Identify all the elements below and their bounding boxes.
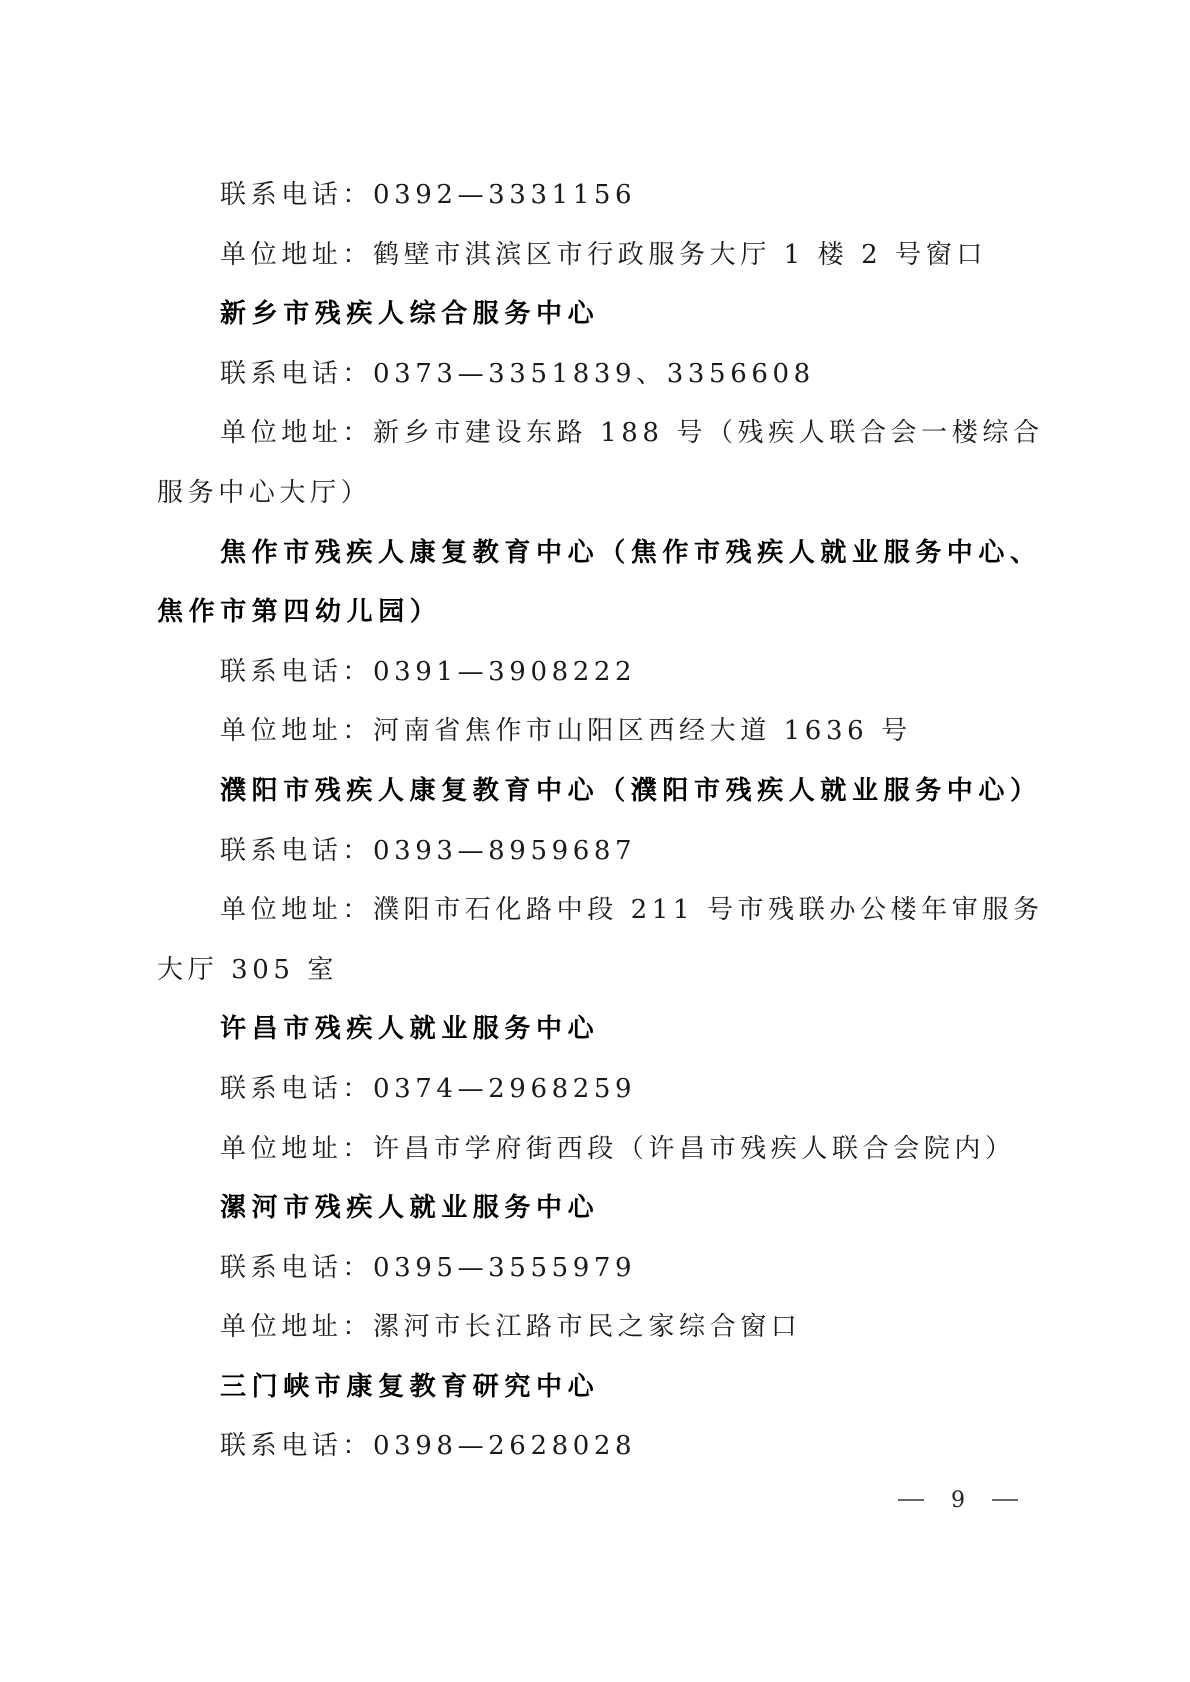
xuchang-org-heading: 许昌市残疾人就业服务中心 bbox=[157, 1000, 1041, 1060]
luohe-org-heading: 漯河市残疾人就业服务中心 bbox=[157, 1179, 1041, 1239]
xinxiang-address: 单位地址：新乡市建设东路 188 号（残疾人联合会一楼综合 bbox=[157, 404, 1041, 464]
puyang-org-heading: 濮阳市残疾人康复教育中心（濮阳市残疾人就业服务中心） bbox=[157, 762, 1041, 822]
puyang-address-continued: 大厅 305 室 bbox=[157, 941, 1041, 1001]
luohe-address: 单位地址：漯河市长江路市民之家综合窗口 bbox=[157, 1298, 1041, 1358]
jiaozuo-org-heading: 焦作市残疾人康复教育中心（焦作市残疾人就业服务中心、 bbox=[157, 524, 1041, 584]
hebi-phone: 联系电话：0392—3331156 bbox=[157, 166, 1041, 226]
jiaozuo-phone: 联系电话：0391—3908222 bbox=[157, 643, 1041, 703]
jiaozuo-org-heading-continued: 焦作市第四幼儿园） bbox=[157, 583, 1041, 643]
xuchang-address: 单位地址：许昌市学府街西段（许昌市残疾人联合会院内） bbox=[157, 1120, 1041, 1180]
xinxiang-address-continued: 服务中心大厅） bbox=[157, 464, 1041, 524]
hebi-address: 单位地址：鹤壁市淇滨区市行政服务大厅 1 楼 2 号窗口 bbox=[157, 226, 1041, 286]
xuchang-phone: 联系电话：0374—2968259 bbox=[157, 1060, 1041, 1120]
document-page: 联系电话：0392—3331156 单位地址：鹤壁市淇滨区市行政服务大厅 1 楼… bbox=[157, 166, 1041, 1477]
sanmenxia-phone: 联系电话：0398—2628028 bbox=[157, 1417, 1041, 1477]
page-number-value: 9 bbox=[951, 1488, 965, 1513]
xinxiang-org-heading: 新乡市残疾人综合服务中心 bbox=[157, 285, 1041, 345]
page-number-left-dash bbox=[898, 1499, 924, 1501]
jiaozuo-address: 单位地址：河南省焦作市山阳区西经大道 1636 号 bbox=[157, 702, 1041, 762]
luohe-phone: 联系电话：0395—3555979 bbox=[157, 1239, 1041, 1299]
puyang-phone: 联系电话：0393—8959687 bbox=[157, 822, 1041, 882]
sanmenxia-org-heading: 三门峡市康复教育研究中心 bbox=[157, 1358, 1041, 1418]
puyang-address: 单位地址：濮阳市石化路中段 211 号市残联办公楼年审服务 bbox=[157, 881, 1041, 941]
xinxiang-phone: 联系电话：0373—3351839、3356608 bbox=[157, 345, 1041, 405]
page-number: 9 bbox=[898, 1480, 1018, 1520]
page-number-right-dash bbox=[992, 1499, 1018, 1501]
